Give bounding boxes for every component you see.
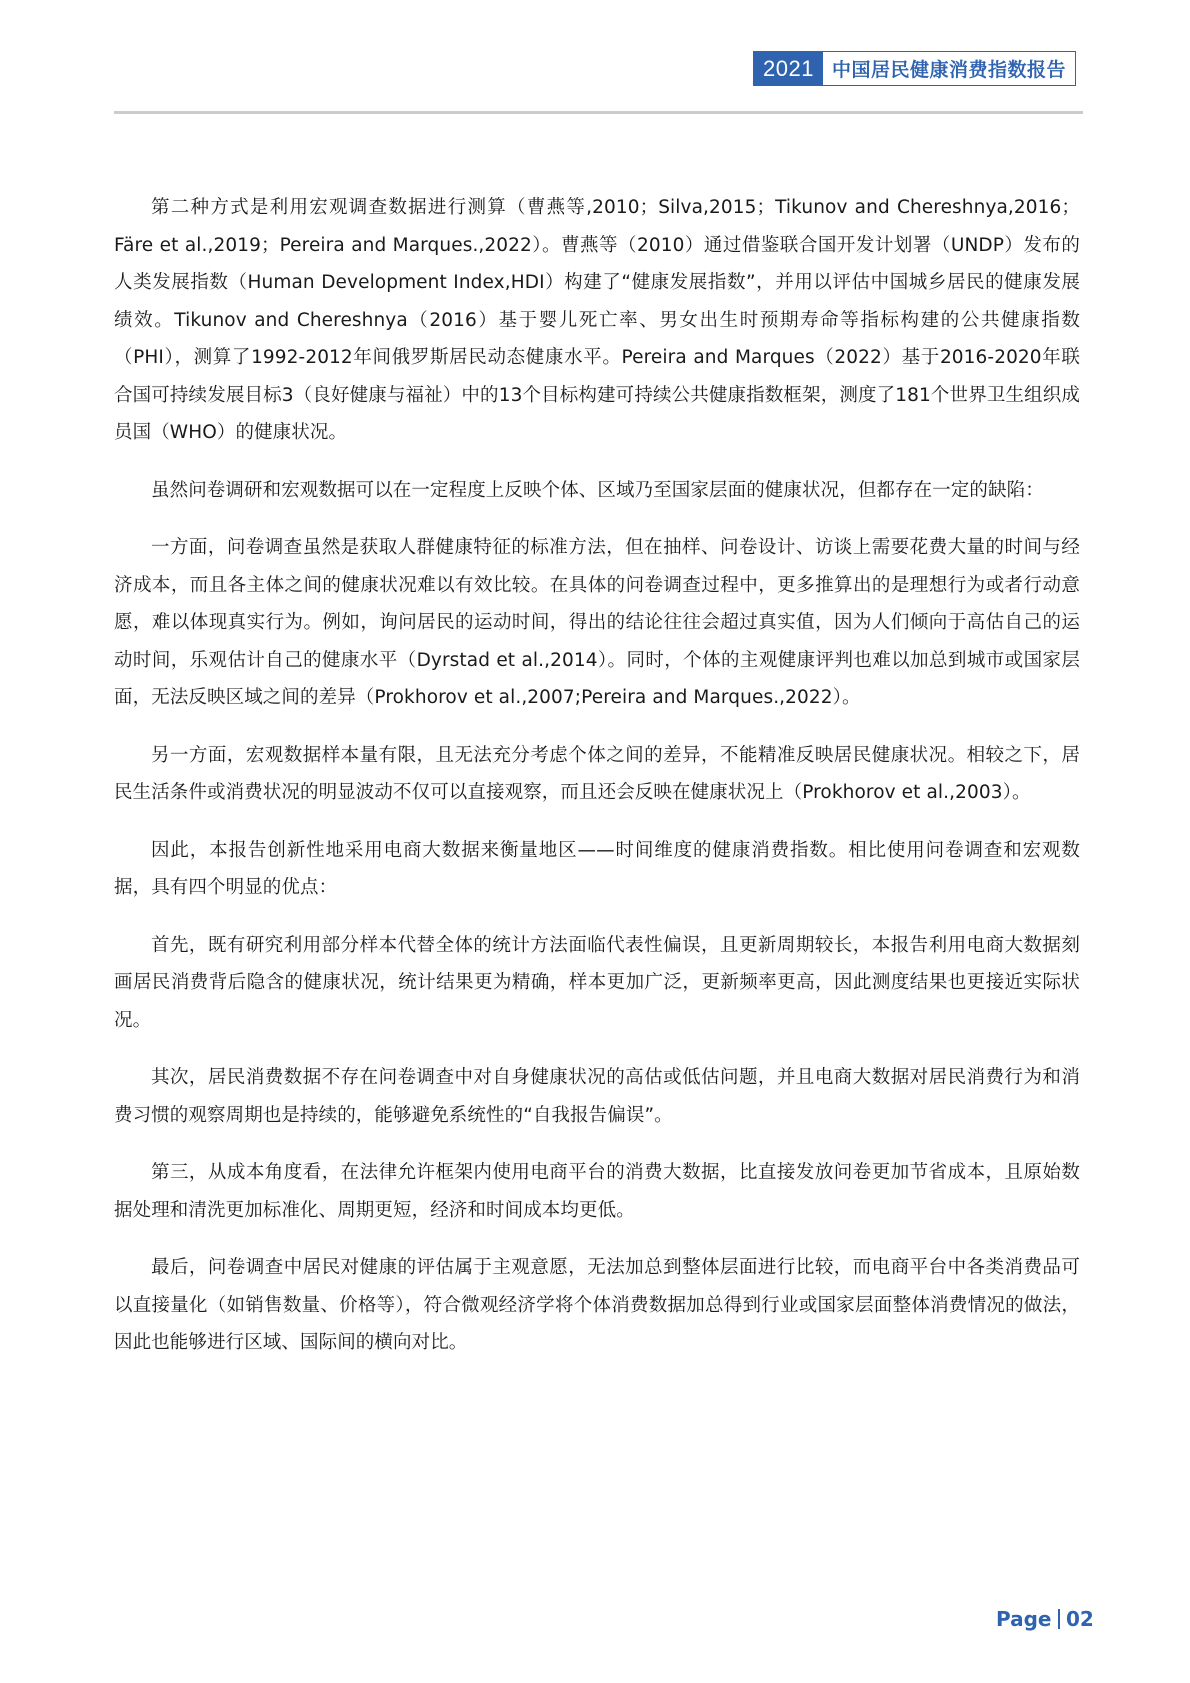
report-header-badge: 2021 中国居民健康消费指数报告 — [753, 51, 1076, 86]
page-number: 02 — [1066, 1607, 1094, 1631]
paragraph-advantage-second: 其次，居民消费数据不存在问卷调查中对自身健康状况的高估或低估问题，并且电商大数据… — [114, 1059, 1080, 1134]
paragraph-macro-survey-method: 第二种方式是利用宏观调查数据进行测算（曹燕等,2010；Silva,2015；T… — [114, 189, 1080, 452]
paragraph-shortcomings-intro: 虽然问卷调研和宏观数据可以在一定程度上反映个体、区域乃至国家层面的健康状况，但都… — [114, 472, 1080, 510]
page-label: Page — [996, 1607, 1052, 1631]
report-year: 2021 — [754, 52, 823, 85]
paragraph-advantage-third: 第三，从成本角度看，在法律允许框架内使用电商平台的消费大数据，比直接发放问卷更加… — [114, 1154, 1080, 1229]
page-separator — [1058, 1609, 1061, 1629]
page-number-footer: Page 02 — [996, 1607, 1094, 1631]
body-content: 第二种方式是利用宏观调查数据进行测算（曹燕等,2010；Silva,2015；T… — [114, 189, 1080, 1382]
paragraph-advantage-fourth: 最后，问卷调查中居民对健康的评估属于主观意愿，无法加总到整体层面进行比较，而电商… — [114, 1249, 1080, 1362]
report-title: 中国居民健康消费指数报告 — [823, 52, 1075, 85]
paragraph-macro-data-drawbacks: 另一方面，宏观数据样本量有限，且无法充分考虑个体之间的差异，不能精准反映居民健康… — [114, 737, 1080, 812]
paragraph-ecommerce-approach: 因此，本报告创新性地采用电商大数据来衡量地区——时间维度的健康消费指数。相比使用… — [114, 832, 1080, 907]
header-divider — [114, 111, 1083, 114]
paragraph-advantage-first: 首先，既有研究利用部分样本代替全体的统计方法面临代表性偏误，且更新周期较长，本报… — [114, 927, 1080, 1040]
paragraph-questionnaire-drawbacks: 一方面，问卷调查虽然是获取人群健康特征的标准方法，但在抽样、问卷设计、访谈上需要… — [114, 529, 1080, 717]
